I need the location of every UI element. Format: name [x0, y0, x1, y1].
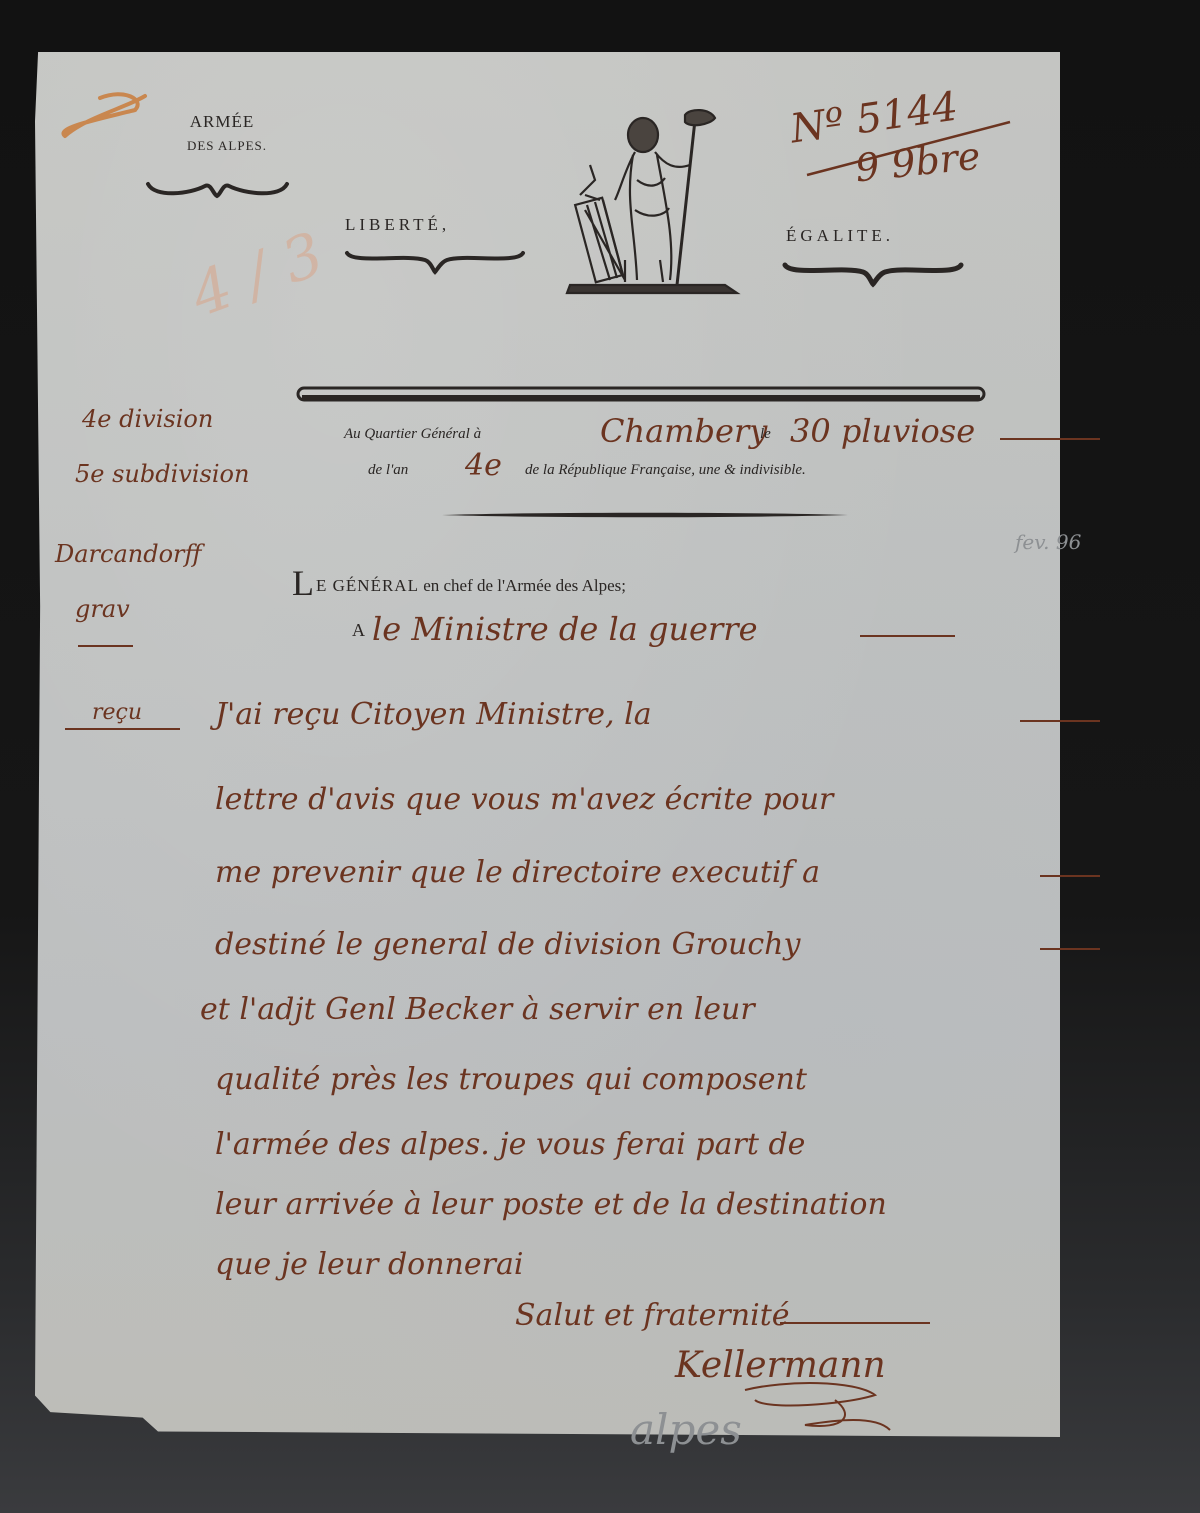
body-line-9: que je leur donnerai — [215, 1250, 523, 1280]
margin-underline — [65, 728, 180, 730]
manuscript-page — [35, 52, 1060, 1437]
body-line-1: J'ai reçu Citoyen Ministre, la — [215, 700, 652, 730]
sender-line: LE GÉNÉRAL en chef de l'Armée des Alpes; — [292, 562, 626, 604]
body-line-6: qualité près les troupes qui composent — [215, 1065, 807, 1095]
year-handwritten: 4e — [465, 448, 502, 483]
ornament-brace-icon — [145, 180, 290, 202]
addressee-underline — [860, 635, 955, 637]
hq-date: 30 pluviose — [790, 412, 975, 450]
second-rule-icon — [440, 510, 850, 520]
motto-egalite: ÉGALITE. — [786, 226, 894, 246]
liberty-emblem-icon — [565, 110, 745, 295]
motto-liberte: LIBERTÉ, — [345, 215, 450, 235]
brace-egalite-icon — [783, 262, 963, 287]
signature-flourish-icon — [725, 1375, 905, 1445]
body-line-2: lettre d'avis que vous m'avez écrite pou… — [215, 785, 833, 815]
republic-text: de la République Française, une & indivi… — [525, 462, 806, 479]
sender-initial: L — [292, 563, 314, 603]
margin-note-name: Darcandorff — [55, 540, 202, 568]
addressee-handwritten: le Ministre de la guerre — [372, 610, 758, 648]
army-subtitle: DES ALPES. — [162, 138, 292, 154]
body-dash-1 — [1020, 720, 1100, 722]
body-line-5: et l'adjt Genl Becker à servir en leur — [200, 995, 755, 1025]
red-flourish-icon — [55, 88, 155, 148]
closing-underline — [780, 1322, 930, 1324]
top-rule-icon — [296, 385, 986, 405]
sender-rest: en chef de l'Armée des Alpes; — [423, 576, 626, 595]
brace-liberte-icon — [345, 250, 525, 275]
hq-line: Au Quartier Général à — [344, 426, 481, 443]
army-title: ARMÉE — [182, 112, 262, 132]
year-prefix: de l'an — [368, 462, 408, 479]
margin-note-subdivision: 5e subdivision — [75, 460, 249, 488]
body-dash-3 — [1040, 875, 1100, 877]
closing: Salut et fraternité — [515, 1298, 790, 1333]
body-line-3: me prevenir que le directoire executif a — [215, 858, 820, 888]
body-line-4: destiné le general de division Grouchy — [215, 930, 800, 960]
margin-note-grav: grav — [75, 595, 130, 623]
addressee-prefix: A — [352, 620, 365, 641]
hq-le: le — [760, 426, 771, 443]
body-line-8: leur arrivée à leur poste et de la desti… — [215, 1190, 887, 1220]
archive-note: fev. 96 — [1015, 530, 1081, 554]
margin-dash — [78, 645, 133, 647]
margin-note-recu: reçu — [92, 700, 142, 725]
date-underline — [1000, 438, 1100, 440]
margin-note-division: 4e division — [82, 405, 213, 433]
body-line-7: l'armée des alpes. je vous ferai part de — [215, 1130, 805, 1160]
pencil-note: alpes — [630, 1405, 742, 1454]
hq-prefix: Au Quartier Général à — [344, 426, 481, 442]
body-dash-4 — [1040, 948, 1100, 950]
hq-place: Chambery — [600, 412, 767, 450]
sender-rank: E GÉNÉRAL — [316, 576, 419, 595]
